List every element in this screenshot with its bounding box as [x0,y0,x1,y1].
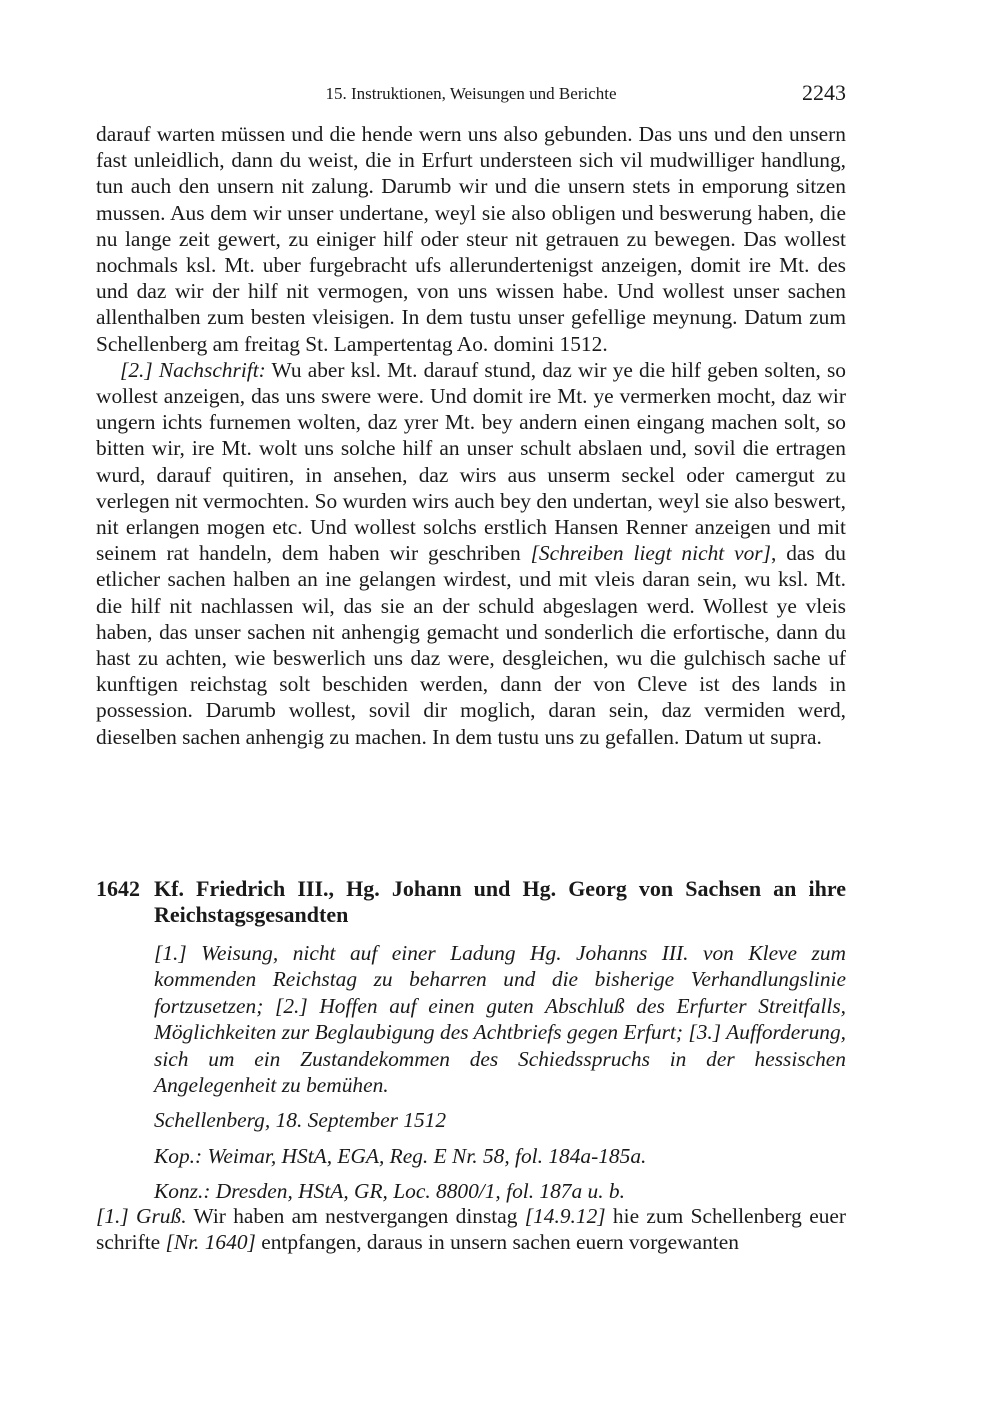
paragraph-letter-closing: darauf warten müssen und die hende wern … [96,121,846,357]
body-text-a: Wir haben am nestvergangen dinstag [187,1204,525,1228]
paragraph-postscript: [2.] Nachschrift: Wu aber ksl. Mt. darau… [96,357,846,750]
place-date: Schellenberg, 18. September 1512 [154,1107,846,1133]
document-body: [1.] Gruß. Wir haben am nestvergangen di… [96,1203,846,1255]
postscript-text-a: Wu aber ksl. Mt. darauf stund, daz wir y… [96,358,846,565]
editorial-note: [Schreiben liegt nicht vor] [531,541,771,565]
document-metadata: [1.] Weisung, nicht auf einer Ladung Hg.… [154,940,846,1205]
running-head: 15. Instruktionen, Weisungen und Bericht… [96,80,846,108]
draft-source: Konz.: Dresden, HStA, GR, Loc. 8800/1, f… [154,1178,846,1204]
copy-source: Kop.: Weimar, HStA, EGA, Reg. E Nr. 58, … [154,1143,846,1169]
body-label: [1.] Gruß. [96,1204,187,1228]
regest-summary: [1.] Weisung, nicht auf einer Ladung Hg.… [154,940,846,1098]
document-title-row: 1642 Kf. Friedrich III., Hg. Johann und … [96,876,846,928]
document-header: 1642 Kf. Friedrich III., Hg. Johann und … [96,876,846,1205]
postscript-label: [2.] Nachschrift: [120,358,266,382]
date-note: [14.9.12] [525,1204,606,1228]
postscript-text-b: , das du etlicher sachen halben an ine g… [96,541,846,748]
continuation-text: darauf warten müssen und die hende wern … [96,121,846,750]
body-text-c: entpfangen, daraus in unsern sachen euer… [256,1230,739,1254]
reference-note: [Nr. 1640] [166,1230,256,1254]
running-title: 15. Instruktionen, Weisungen und Bericht… [96,84,846,104]
body-paragraph: [1.] Gruß. Wir haben am nestvergangen di… [96,1203,846,1255]
page-number: 2243 [802,80,846,106]
document-number: 1642 [96,876,154,928]
document-title: Kf. Friedrich III., Hg. Johann und Hg. G… [154,876,846,928]
